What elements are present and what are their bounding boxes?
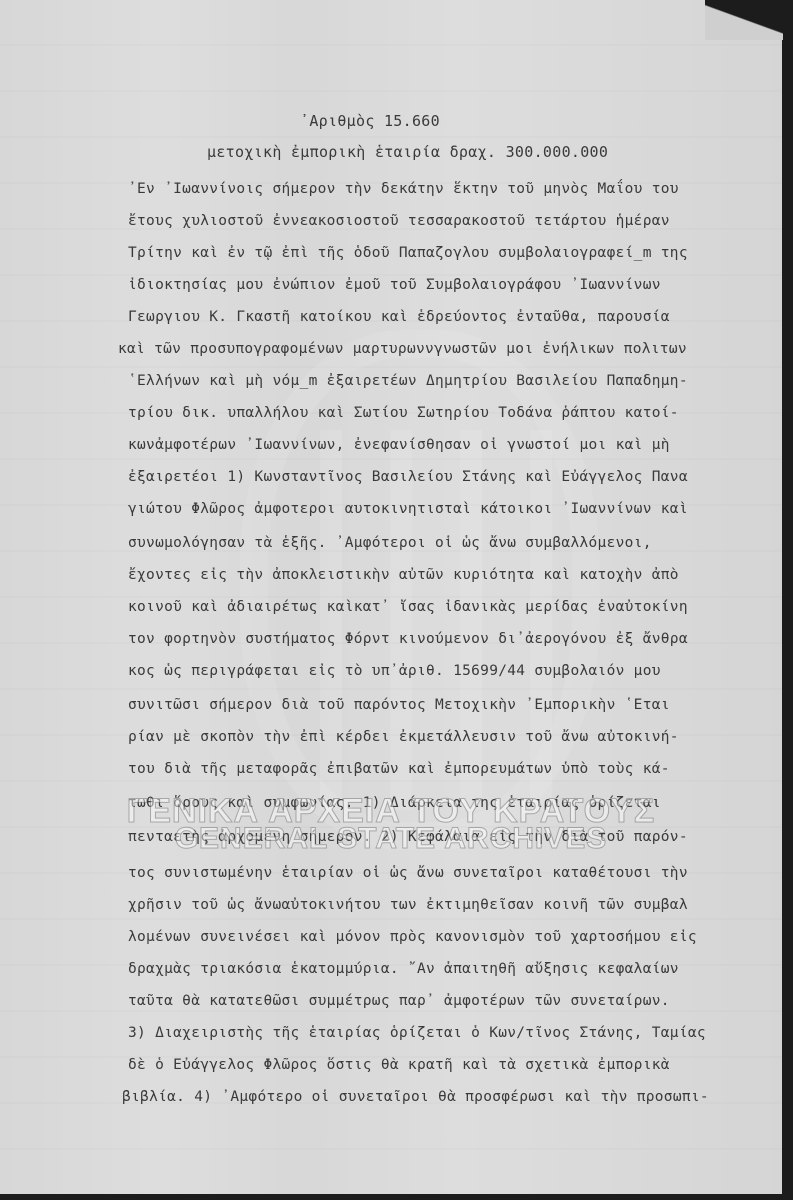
body-line: ἰδιοκτησίας μου ἐνώπιον ἐμοῦ τοῦ Συμβολα… [128, 277, 661, 293]
body-line: ἔχοντες εἰς τὴν ἀποκλειστικὴν αὐτῶν κυρι… [128, 567, 679, 583]
page-bottom-edge [0, 1194, 793, 1200]
body-line: τρίου δικ. υπαλλήλου καὶ Σωτίου Σωτηρίου… [128, 405, 679, 421]
body-line: βιβλία. 4) ᾿Αμφότερο οἱ συνεταῖροι θὰ πρ… [122, 1089, 709, 1105]
body-line: τον φορτηνὸν συστήματος Φόρντ κινούμενον… [128, 631, 688, 647]
body-line: ᾿Εν ᾿Ιωαννίνοις σήμερον τὴν δεκάτην ἕκτη… [128, 181, 679, 197]
body-line: ἐξαιρετέοι 1) Κωνσταντῖνος Βασιλείου Στά… [128, 469, 688, 485]
body-line: τωθι ὅρους καὶ συμφωνίας. 1) Διάρκεια τη… [128, 795, 661, 811]
body-line: 3) Διαχειριστὴς τῆς ἑταιρίας ὁρίζεται ὁ … [128, 1025, 706, 1041]
folded-corner [705, 0, 783, 40]
body-line: τος συνιστωμένην ἑταιρίαν οἱ ὡς ἄνω συνε… [128, 865, 688, 881]
body-line: δὲ ὁ Εὐάγγελος Φλῶρος ὅστις θὰ κρατῆ καὶ… [128, 1057, 670, 1073]
body-line: Τρίτην καὶ ἐν τῷ ἐπὶ τῆς ὁδοῦ Παπαζογλου… [128, 245, 688, 261]
document-subtitle: μετοχικὴ ἐμπορικὴ ἑταιρία δραχ. 300.000.… [207, 143, 608, 161]
body-line: κωνἀμφοτέρων ᾿Ιωαννίνων, ἐνεφανίσθησαν ο… [128, 437, 670, 453]
body-line: χρῆσιν τοῦ ὡς ἄνωαὐτοκινήτου των ἐκτιμηθ… [128, 897, 688, 913]
body-line: γιώτου Φλῶρος ἀμφοτεροι αυτοκινητισταὶ κ… [128, 501, 688, 517]
body-line: δραχμὰς τριακόσια ἑκατομμύρια. ῎Αν ἀπαιτ… [128, 961, 679, 977]
document-page: ᾿Αριθμὸς 15.660 μετοχικὴ ἐμπορικὴ ἑταιρί… [0, 0, 782, 1196]
body-line: λομένων συνεινέσει καὶ μόνον πρὸς κανονι… [128, 929, 697, 945]
body-line: ταῦτα θὰ κατατεθῶσι συμμέτρως παρ᾿ ἀμφοτ… [128, 993, 670, 1009]
body-line: πενταετὴς ἀρχομένη σήμερον. 2) Κεφάλαια … [128, 829, 688, 845]
body-line: συνιτῶσι σήμερον διὰ τοῦ παρόντος Μετοχι… [128, 697, 670, 713]
archive-seal-bars [320, 430, 580, 810]
body-line: κοινοῦ καὶ ἀδιαιρέτως καὶκατ᾿ ἴσας ἰδανι… [128, 599, 688, 615]
body-line: ῾Ελλήνων καὶ μὴ νόμ_m ἐξαιρετέων Δημητρί… [128, 373, 688, 389]
body-line: συνωμολόγησαν τὰ ἑξῆς. ᾿Αμφότεροι οἱ ὡς … [128, 535, 652, 551]
body-line: κος ὡς περιγράφεται εἰς τὸ υπ᾿ἀριθ. 1569… [128, 663, 661, 679]
body-line: ρίαν μὲ σκοπὸν τὴν ἐπὶ κέρδει ἐκμετάλλευ… [128, 729, 679, 745]
body-line: ἔτους χυλιοστοῦ ἐννεακοσιοστοῦ τεσσαρακο… [128, 213, 670, 229]
body-line: καὶ τῶν προσυπογραφομένων μαρτυρωννγνωστ… [118, 341, 687, 357]
body-line: του διὰ τῆς μεταφορᾶς ἐπιβατῶν καὶ ἐμπορ… [128, 761, 670, 777]
document-number-heading: ᾿Αριθμὸς 15.660 [300, 112, 440, 130]
body-line: Γεωργιου Κ. Γκαστῆ κατοίκου καὶ ἑδρεύοντ… [128, 309, 670, 325]
